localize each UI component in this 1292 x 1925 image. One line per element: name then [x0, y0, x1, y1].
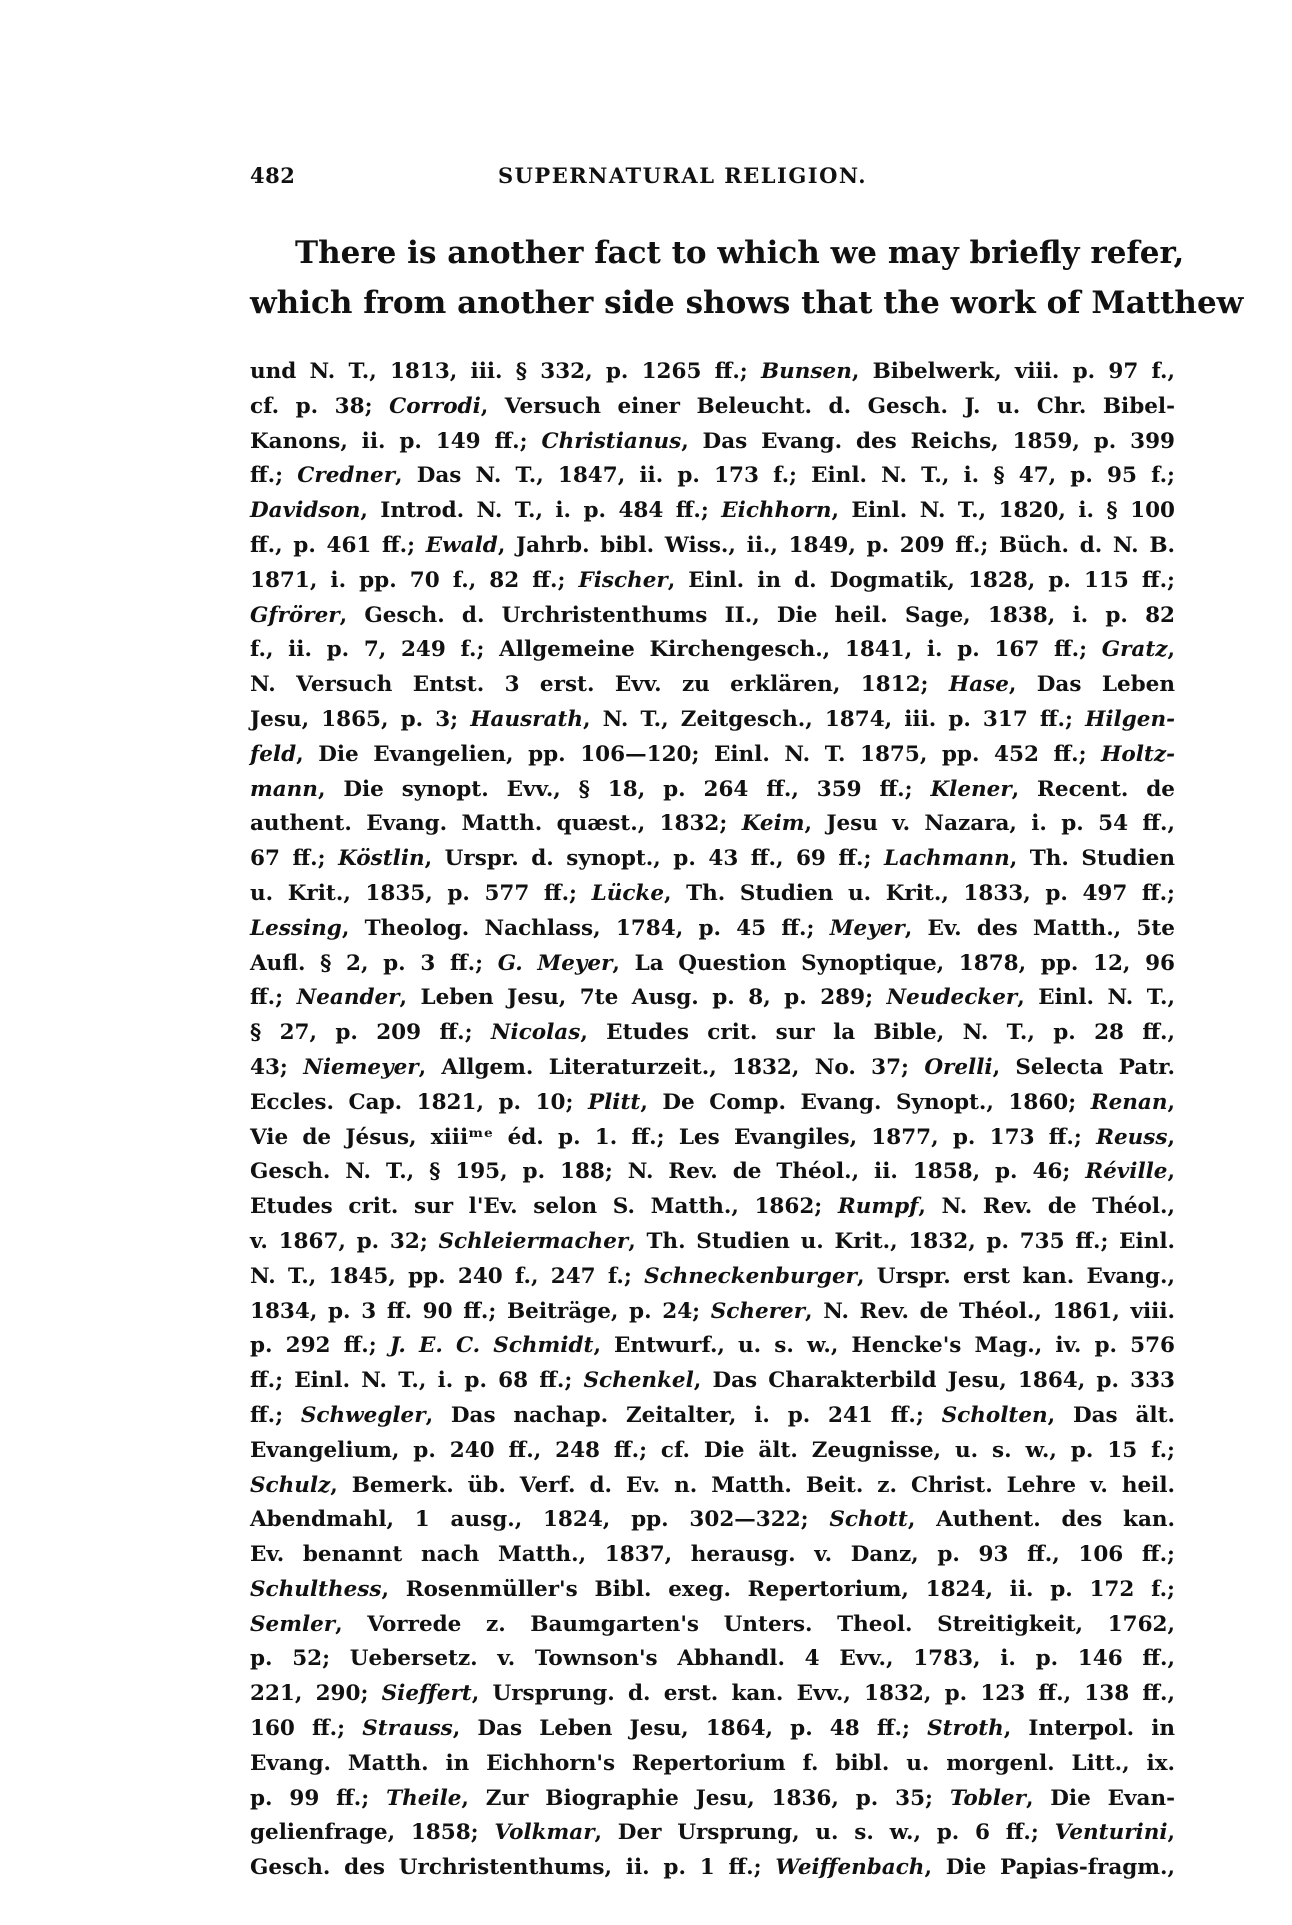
citation-text: 160 ff.; [250, 1716, 362, 1741]
body-line: There is another fact to which we may br… [250, 228, 1175, 278]
citation-text: , Urspr. d. synopt., p. 43 ff., 69 ff.; [425, 846, 884, 871]
footnote-line: mann, Die synopt. Evv., § 18, p. 264 ff.… [250, 773, 1175, 808]
author-name: Keim [742, 811, 805, 836]
citation-text: u. Krit., 1835, p. 577 ff.; [250, 881, 592, 906]
footnote-block: und N. T., 1813, iii. § 332, p. 1265 ff.… [250, 355, 1175, 1886]
footnote-line: Evang. Matth. in Eichhorn's Repertorium … [250, 1747, 1175, 1782]
author-name: Schulz [250, 1473, 330, 1498]
citation-text: , Theolog. Nachlass, 1784, p. 45 ff.; [342, 916, 830, 941]
author-name: Réville [1085, 1159, 1167, 1184]
footnote-line: N. Versuch Entst. 3 erst. Evv. zu erklär… [250, 668, 1175, 703]
citation-text: , Th. Studien [1010, 846, 1175, 871]
citation-text: Eccles. Cap. 1821, p. 10; [250, 1090, 588, 1115]
author-name: Scherer [711, 1299, 805, 1324]
citation-text: cf. p. 38; [250, 394, 389, 419]
citation-text: , Jahrb. bibl. Wiss., ii., 1849, p. 209 … [498, 533, 1175, 558]
footnote-line: 1834, p. 3 ff. 90 ff.; Beiträge, p. 24; … [250, 1295, 1175, 1330]
author-name: Venturini [1055, 1820, 1168, 1845]
citation-text: , Das Charakterbild Jesu, 1864, p. 333 [694, 1368, 1175, 1393]
citation-text: und N. T., 1813, iii. § 332, p. 1265 ff.… [250, 359, 761, 384]
author-name: Meyer [830, 916, 905, 941]
citation-text: , Die synopt. Evv., § 18, p. 264 ff., 35… [318, 777, 931, 802]
author-name: Hase [949, 672, 1009, 697]
citation-text: , Th. Studien u. Krit., 1833, p. 497 ff.… [664, 881, 1175, 906]
citation-text: , Die Evan- [1026, 1786, 1175, 1811]
citation-text: , Einl. N. T., 1820, i. § 100 [832, 498, 1176, 523]
footnote-line: ff., p. 461 ff.; Ewald, Jahrb. bibl. Wis… [250, 529, 1175, 564]
author-name: Lachmann [884, 846, 1010, 871]
citation-text: , Rosenmüller's Bibl. exeg. Repertorium,… [382, 1577, 1176, 1602]
citation-text: 1871, i. pp. 70 f., 82 ff.; [250, 568, 578, 593]
citation-text: , N. Rev. de Théol., [918, 1194, 1175, 1219]
citation-text: , Jesu v. Nazara, i. p. 54 ff., [805, 811, 1176, 836]
footnote-line: p. 99 ff.; Theile, Zur Biographie Jesu, … [250, 1782, 1175, 1817]
author-name: Tobler [950, 1786, 1026, 1811]
body-line: which from another side shows that the w… [250, 278, 1175, 328]
citation-text: p. 99 ff.; [250, 1786, 386, 1811]
footnote-line: Kanons, ii. p. 149 ff.; Christianus, Das… [250, 425, 1175, 460]
citation-text: ff.; [250, 985, 297, 1010]
author-name: Weiffenbach [775, 1855, 924, 1880]
citation-text: authent. Evang. Matth. quæst., 1832; [250, 811, 742, 836]
citation-text: , Das Leben Jesu, 1864, p. 48 ff.; [453, 1716, 927, 1741]
author-name: G. Meyer [498, 951, 613, 976]
citation-text: , Selecta Patr. [993, 1055, 1175, 1080]
citation-text: Abendmahl, 1 ausg., 1824, pp. 302—322; [250, 1507, 829, 1532]
footnote-line: Abendmahl, 1 ausg., 1824, pp. 302—322; S… [250, 1503, 1175, 1538]
footnote-line: Aufl. § 2, p. 3 ff.; G. Meyer, La Questi… [250, 947, 1175, 982]
body-text: There is another fact to which we may br… [250, 228, 1175, 328]
citation-text: , Das nachap. Zeitalter, i. p. 241 ff.; [426, 1403, 942, 1428]
citation-text: , Das Evang. des Reichs, 1859, p. 399 [681, 429, 1175, 454]
citation-text: , Das Leben [1009, 672, 1175, 697]
footnote-line: Etudes crit. sur l'Ev. selon S. Matth., … [250, 1190, 1175, 1225]
citation-text: Etudes crit. sur l'Ev. selon S. Matth., … [250, 1194, 838, 1219]
citation-text: 221, 290; [250, 1681, 382, 1706]
author-name: Fischer [578, 568, 667, 593]
author-name: Strauss [362, 1716, 453, 1741]
footnote-line: Eccles. Cap. 1821, p. 10; Plitt, De Comp… [250, 1086, 1175, 1121]
citation-text: Aufl. § 2, p. 3 ff.; [250, 951, 498, 976]
citation-text: , Th. Studien u. Krit., 1832, p. 735 ff.… [628, 1229, 1175, 1254]
author-name: Schwegler [301, 1403, 426, 1428]
citation-text: p. 292 ff.; [250, 1333, 390, 1358]
footnote-line: authent. Evang. Matth. quæst., 1832; Kei… [250, 807, 1175, 842]
author-name: mann [250, 777, 318, 802]
citation-text: , Recent. de [1012, 777, 1175, 802]
author-name: Hausrath [470, 707, 583, 732]
citation-text: ff., p. 461 ff.; [250, 533, 426, 558]
author-name: Stroth [927, 1716, 1004, 1741]
footnote-line: Lessing, Theolog. Nachlass, 1784, p. 45 … [250, 912, 1175, 947]
citation-text: , [1168, 1125, 1176, 1150]
author-name: Reuss [1096, 1125, 1167, 1150]
footnote-line: 221, 290; Sieffert, Ursprung. d. erst. k… [250, 1677, 1175, 1712]
author-name: Renan [1091, 1090, 1168, 1115]
citation-text: Gesch. N. T., § 195, p. 188; N. Rev. de … [250, 1159, 1085, 1184]
author-name: Nicolas [491, 1020, 580, 1045]
footnote-line: Davidson, Introd. N. T., i. p. 484 ff.; … [250, 494, 1175, 529]
footnote-line: f., ii. p. 7, 249 f.; Allgemeine Kirchen… [250, 633, 1175, 668]
footnote-line: Jesu, 1865, p. 3; Hausrath, N. T., Zeitg… [250, 703, 1175, 738]
citation-text: , Entwurf., u. s. w., Hencke's Mag., iv.… [593, 1333, 1175, 1358]
citation-text: Vie de Jésus, xiiiᵐᵉ éd. p. 1. ff.; Les … [250, 1125, 1096, 1150]
author-name: Gratz [1102, 637, 1168, 662]
author-name: feld [250, 742, 296, 767]
citation-text: , N. Rev. de Théol., 1861, viii. [805, 1299, 1175, 1324]
author-name: Rumpf [838, 1194, 919, 1219]
author-name: Schleiermacher [439, 1229, 629, 1254]
author-name: Schenkel [583, 1368, 693, 1393]
footnote-line: Vie de Jésus, xiiiᵐᵉ éd. p. 1. ff.; Les … [250, 1121, 1175, 1156]
footnote-line: Schulz, Bemerk. üb. Verf. d. Ev. n. Matt… [250, 1469, 1175, 1504]
citation-text: , De Comp. Evang. Synopt., 1860; [640, 1090, 1090, 1115]
citation-text: , Einl. in d. Dogmatik, 1828, p. 115 ff.… [668, 568, 1175, 593]
citation-text: Evangelium, p. 240 ff., 248 ff.; cf. Die… [250, 1438, 1175, 1463]
citation-text: , Der Ursprung, u. s. w., p. 6 ff.; [595, 1820, 1055, 1845]
citation-text: , Ev. des Matth., 5te [905, 916, 1175, 941]
footnote-line: Evangelium, p. 240 ff., 248 ff.; cf. Die… [250, 1434, 1175, 1469]
footnote-line: p. 292 ff.; J. E. C. Schmidt, Entwurf., … [250, 1329, 1175, 1364]
citation-text: , Vorrede z. Baumgarten's Unters. Theol.… [335, 1612, 1175, 1637]
citation-text: , Interpol. in [1004, 1716, 1175, 1741]
author-name: Köstlin [338, 846, 425, 871]
citation-text: Jesu, 1865, p. 3; [250, 707, 470, 732]
author-name: Orelli [924, 1055, 992, 1080]
citation-text: , Urspr. erst kan. Evang., [857, 1264, 1175, 1289]
citation-text: , Bibelwerk, viii. p. 97 f., [852, 359, 1175, 384]
citation-text: gelienfrage, 1858; [250, 1820, 494, 1845]
citation-text: Gesch. des Urchristenthums, ii. p. 1 ff.… [250, 1855, 775, 1880]
footnote-line: Semler, Vorrede z. Baumgarten's Unters. … [250, 1608, 1175, 1643]
footnote-line: Ev. benannt nach Matth., 1837, herausg. … [250, 1538, 1175, 1573]
citation-text: p. 52; Uebersetz. v. Townson's Abhandl. … [250, 1646, 1175, 1671]
author-name: Theile [386, 1786, 461, 1811]
footnote-line: ff.; Neander, Leben Jesu, 7te Ausg. p. 8… [250, 981, 1175, 1016]
author-name: Ewald [426, 533, 498, 558]
citation-text: , [1168, 1090, 1176, 1115]
citation-text: , [1168, 1159, 1176, 1184]
citation-text: , Einl. N. T., [1017, 985, 1175, 1010]
citation-text: , Versuch einer Beleucht. d. Gesch. J. u… [481, 394, 1175, 419]
citation-text: , Die Evangelien, pp. 106—120; Einl. N. … [296, 742, 1101, 767]
author-name: Eichhorn [721, 498, 831, 523]
author-name: Klener [930, 777, 1011, 802]
citation-text: Kanons, ii. p. 149 ff.; [250, 429, 541, 454]
book-page: 482 SUPERNATURAL RELIGION. There is anot… [0, 0, 1292, 1925]
footnote-line: ff.; Schwegler, Das nachap. Zeitalter, i… [250, 1399, 1175, 1434]
author-name: Schneckenburger [644, 1264, 857, 1289]
footnote-line: ff.; Einl. N. T., i. p. 68 ff.; Schenkel… [250, 1364, 1175, 1399]
running-title: SUPERNATURAL RELIGION. [250, 163, 1175, 188]
footnote-line: gelienfrage, 1858; Volkmar, Der Ursprung… [250, 1816, 1175, 1851]
citation-text: , Introd. N. T., i. p. 484 ff.; [360, 498, 721, 523]
footnote-line: Gesch. des Urchristenthums, ii. p. 1 ff.… [250, 1851, 1175, 1886]
footnote-line: cf. p. 38; Corrodi, Versuch einer Beleuc… [250, 390, 1175, 425]
citation-text: N. T., 1845, pp. 240 f., 247 f.; [250, 1264, 644, 1289]
citation-text: , Etudes crit. sur la Bible, N. T., p. 2… [580, 1020, 1175, 1045]
citation-text: ff.; Einl. N. T., i. p. 68 ff.; [250, 1368, 583, 1393]
footnote-line: 1871, i. pp. 70 f., 82 ff.; Fischer, Ein… [250, 564, 1175, 599]
citation-text: 1834, p. 3 ff. 90 ff.; Beiträge, p. 24; [250, 1299, 711, 1324]
footnote-line: Schulthess, Rosenmüller's Bibl. exeg. Re… [250, 1573, 1175, 1608]
author-name: Lessing [250, 916, 342, 941]
citation-text: N. Versuch Entst. 3 erst. Evv. zu erklär… [250, 672, 949, 697]
author-name: Neander [297, 985, 400, 1010]
footnote-line: 67 ff.; Köstlin, Urspr. d. synopt., p. 4… [250, 842, 1175, 877]
author-name: Christianus [541, 429, 681, 454]
footnote-line: 43; Niemeyer, Allgem. Literaturzeit., 18… [250, 1051, 1175, 1086]
author-name: Sieffert [382, 1681, 472, 1706]
citation-text: 43; [250, 1055, 303, 1080]
footnote-line: Gesch. N. T., § 195, p. 188; N. Rev. de … [250, 1155, 1175, 1190]
author-name: Credner [297, 463, 395, 488]
author-name: Hilgen- [1085, 707, 1175, 732]
footnote-line: 160 ff.; Strauss, Das Leben Jesu, 1864, … [250, 1712, 1175, 1747]
author-name: Holtz- [1101, 742, 1175, 767]
citation-text: , Ursprung. d. erst. kan. Evv., 1832, p.… [472, 1681, 1175, 1706]
footnote-line: p. 52; Uebersetz. v. Townson's Abhandl. … [250, 1642, 1175, 1677]
author-name: Bunsen [761, 359, 852, 384]
citation-text: 67 ff.; [250, 846, 338, 871]
footnote-line: u. Krit., 1835, p. 577 ff.; Lücke, Th. S… [250, 877, 1175, 912]
footnote-line: Gfrörer, Gesch. d. Urchristenthums II., … [250, 599, 1175, 634]
footnote-line: v. 1867, p. 32; Schleiermacher, Th. Stud… [250, 1225, 1175, 1260]
author-name: Semler [250, 1612, 335, 1637]
citation-text: ff.; [250, 1403, 301, 1428]
citation-text: , Die Papias-fragm., [924, 1855, 1175, 1880]
author-name: Gfrörer [250, 603, 340, 628]
author-name: Scholten [942, 1403, 1048, 1428]
citation-text: , Bemerk. üb. Verf. d. Ev. n. Matth. Bei… [330, 1473, 1175, 1498]
citation-text: , La Question Synoptique, 1878, pp. 12, … [612, 951, 1175, 976]
citation-text: , Das ält. [1048, 1403, 1175, 1428]
citation-text: , Gesch. d. Urchristenthums II., Die hei… [340, 603, 1175, 628]
author-name: Schulthess [250, 1577, 382, 1602]
author-name: Davidson [250, 498, 360, 523]
author-name: Niemeyer [303, 1055, 418, 1080]
citation-text: , Zur Biographie Jesu, 1836, p. 35; [461, 1786, 949, 1811]
author-name: Schott [829, 1507, 907, 1532]
footnote-line: feld, Die Evangelien, pp. 106—120; Einl.… [250, 738, 1175, 773]
author-name: Lücke [592, 881, 664, 906]
citation-text: , [1168, 1820, 1176, 1845]
author-name: Plitt [588, 1090, 640, 1115]
footnote-line: ff.; Credner, Das N. T., 1847, ii. p. 17… [250, 459, 1175, 494]
running-head: 482 SUPERNATURAL RELIGION. [250, 163, 1175, 193]
citation-text: , N. T., Zeitgesch., 1874, iii. p. 317 f… [583, 707, 1085, 732]
citation-text: , [1168, 637, 1176, 662]
citation-text: v. 1867, p. 32; [250, 1229, 439, 1254]
citation-text: Evang. Matth. in Eichhorn's Repertorium … [250, 1751, 1175, 1776]
footnote-line: N. T., 1845, pp. 240 f., 247 f.; Schneck… [250, 1260, 1175, 1295]
author-name: J. E. C. Schmidt [390, 1333, 594, 1358]
author-name: Neudecker [887, 985, 1018, 1010]
citation-text: , Allgem. Literaturzeit., 1832, No. 37; [419, 1055, 925, 1080]
citation-text: , Leben Jesu, 7te Ausg. p. 8, p. 289; [400, 985, 887, 1010]
citation-text: ff.; [250, 463, 297, 488]
author-name: Corrodi [389, 394, 481, 419]
citation-text: Ev. benannt nach Matth., 1837, herausg. … [250, 1542, 1175, 1567]
footnote-line: und N. T., 1813, iii. § 332, p. 1265 ff.… [250, 355, 1175, 390]
citation-text: f., ii. p. 7, 249 f.; Allgemeine Kirchen… [250, 637, 1102, 662]
citation-text: , Authent. des kan. [908, 1507, 1175, 1532]
author-name: Volkmar [494, 1820, 594, 1845]
footnote-line: § 27, p. 209 ff.; Nicolas, Etudes crit. … [250, 1016, 1175, 1051]
citation-text: , Das N. T., 1847, ii. p. 173 f.; Einl. … [395, 463, 1175, 488]
citation-text: § 27, p. 209 ff.; [250, 1020, 491, 1045]
